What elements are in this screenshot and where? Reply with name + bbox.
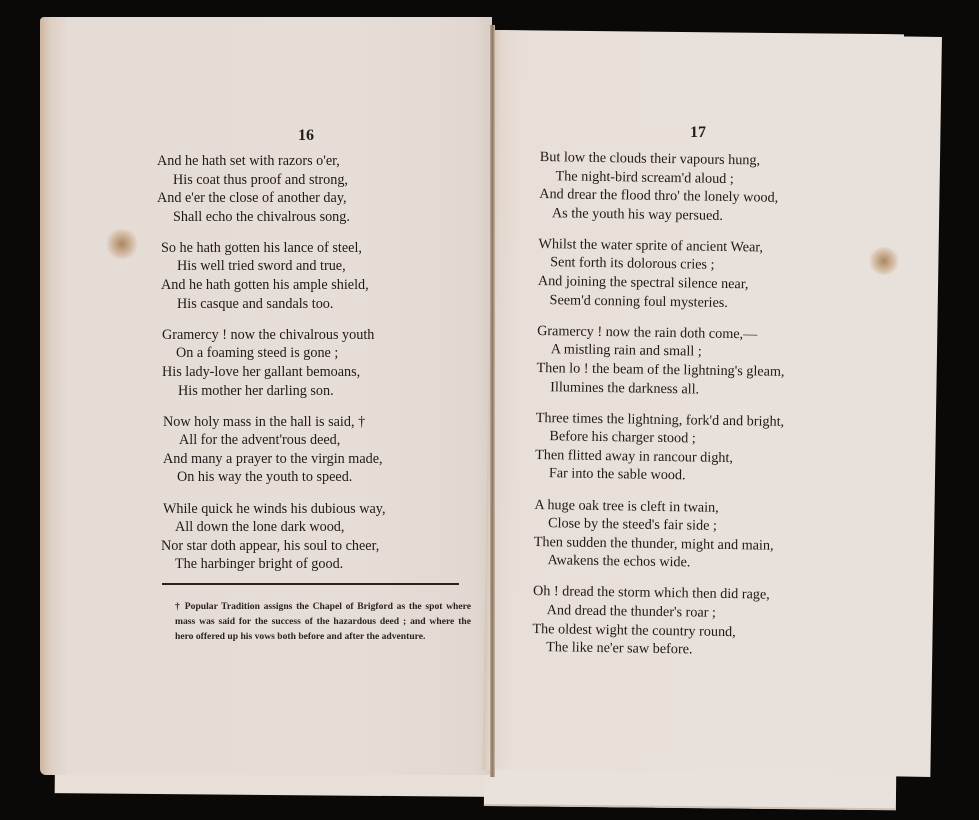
poem-line: All down the lone dark wood, (157, 518, 386, 537)
poem-line: His coat thus proof and strong, (157, 171, 386, 190)
poem-line: Shall echo the chivalrous song. (157, 208, 386, 227)
poem-line: Now holy mass in the hall is said, † (157, 413, 386, 432)
stanza: Oh ! dread the storm which then did rage… (532, 582, 782, 660)
poem-line: So he hath gotten his lance of steel, (157, 239, 386, 258)
poem-line: Awakens the echos wide. (533, 551, 782, 573)
poem-line: And he hath gotten his ample shield, (157, 276, 386, 295)
book-gutter (490, 25, 495, 777)
footnote-text: † Popular Tradition assigns the Chapel o… (163, 599, 471, 645)
poem-line: His lady-love her gallant bemoans, (157, 363, 386, 382)
stanza: A huge oak tree is cleft in twain, Close… (533, 495, 783, 573)
stanza: But low the clouds their vapours hung, T… (539, 148, 789, 226)
poem-line: His casque and sandals too. (157, 295, 386, 314)
page-number-right: 17 (690, 124, 706, 142)
footnote: † Popular Tradition assigns the Chapel o… (163, 599, 471, 645)
poem-line: The harbinger bright of good. (157, 555, 386, 574)
poem-line: His mother her darling son. (157, 382, 386, 401)
poem-line: His well tried sword and true, (157, 257, 386, 276)
poem-line: And many a prayer to the virgin made, (157, 450, 386, 469)
stanza: Gramercy ! now the chivalrous youth On a… (157, 326, 386, 400)
stanza: While quick he winds his dubious way, Al… (157, 500, 386, 574)
stanza: Now holy mass in the hall is said, † All… (157, 413, 386, 487)
foxing-stain-left (106, 229, 138, 259)
poem-line: Nor star doth appear, his soul to cheer, (157, 537, 386, 556)
poem-line: Gramercy ! now the chivalrous youth (157, 326, 386, 345)
page-number-left: 16 (298, 127, 314, 145)
left-page-poem: And he hath set with razors o'er, His co… (157, 152, 386, 586)
right-page-poem: But low the clouds their vapours hung, T… (532, 148, 789, 673)
stanza: And he hath set with razors o'er, His co… (157, 152, 386, 226)
poem-line: All for the advent'rous deed, (157, 431, 386, 450)
stanza: Three times the lightning, fork'd and br… (535, 409, 785, 487)
poem-line: And he hath set with razors o'er, (157, 152, 386, 171)
poem-line: And e'er the close of another day, (157, 189, 386, 208)
stanza: So he hath gotten his lance of steel, Hi… (157, 239, 386, 313)
footnote-divider (162, 583, 459, 585)
foxing-stain-right (869, 247, 899, 275)
poem-line: The like ne'er saw before. (532, 638, 781, 660)
poem-line: On a foaming steed is gone ; (157, 344, 386, 363)
poem-line: On his way the youth to speed. (157, 468, 386, 487)
poem-line: Far into the sable wood. (535, 464, 784, 486)
poem-line: As the youth his way persued. (539, 204, 788, 226)
poem-line: While quick he winds his dubious way, (157, 500, 386, 519)
poem-line: Illumines the darkness all. (536, 378, 785, 400)
stanza: Whilst the water sprite of ancient Wear,… (537, 235, 787, 313)
poem-line: Seem'd conning foul mysteries. (537, 291, 786, 313)
stanza: Gramercy ! now the rain doth come,— A mi… (536, 322, 786, 400)
